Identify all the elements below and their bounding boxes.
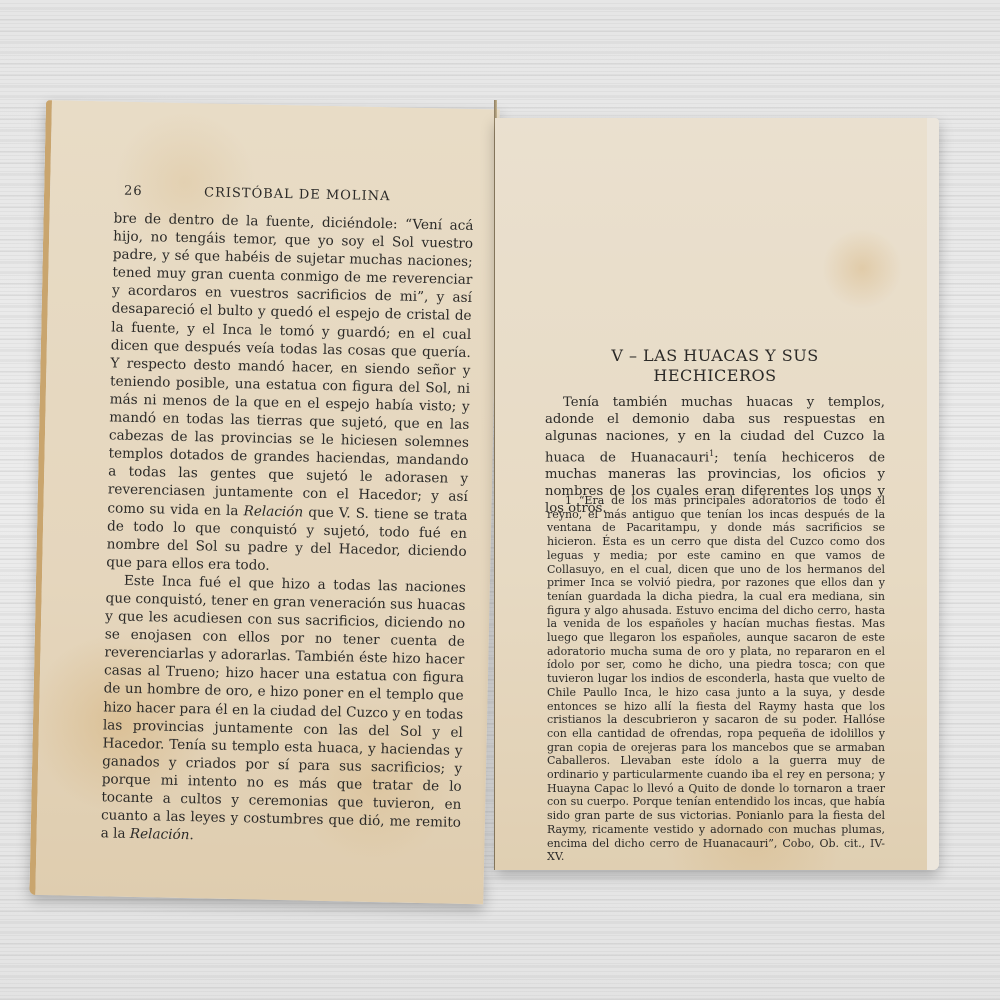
chapter-title-line: V – LAS HUACAS Y SUS	[535, 346, 895, 366]
paragraph: Este Inca fué el que hizo a todas las na…	[100, 571, 466, 850]
paragraph: bre de dentro de la fuente, diciéndole: …	[106, 209, 473, 578]
running-head-title: CRISTÓBAL DE MOLINA	[204, 185, 464, 205]
footnote: 1 “Era de los más principales adoratorio…	[547, 494, 885, 864]
left-page-body: bre de dentro de la fuente, diciéndole: …	[100, 209, 473, 850]
right-page: V – LAS HUACAS Y SUS HECHICEROS Tenía ta…	[495, 118, 939, 870]
paragraph-text: Este Inca fué el que hizo a todas las na…	[100, 573, 466, 842]
page-number: 26	[124, 184, 204, 201]
italic-title: Relación	[130, 826, 190, 843]
left-page: 26 CRISTÓBAL DE MOLINA bre de dentro de …	[29, 100, 500, 904]
footnote-number: 1	[565, 494, 572, 507]
open-book-photo: 26 CRISTÓBAL DE MOLINA bre de dentro de …	[0, 0, 1000, 1000]
paragraph-text: bre de dentro de la fuente, diciéndole: …	[107, 210, 473, 518]
paragraph-text: .	[189, 827, 194, 843]
chapter-title-line: HECHICEROS	[535, 366, 895, 386]
footnote-text: “Era de los más principales adoratorios …	[547, 494, 885, 850]
chapter-title: V – LAS HUACAS Y SUS HECHICEROS	[535, 346, 895, 386]
italic-title: Relación	[243, 503, 303, 520]
footnote-paragraph: 1 “Era de los más principales adoratorio…	[547, 494, 885, 864]
running-head: 26 CRISTÓBAL DE MOLINA	[124, 184, 464, 206]
